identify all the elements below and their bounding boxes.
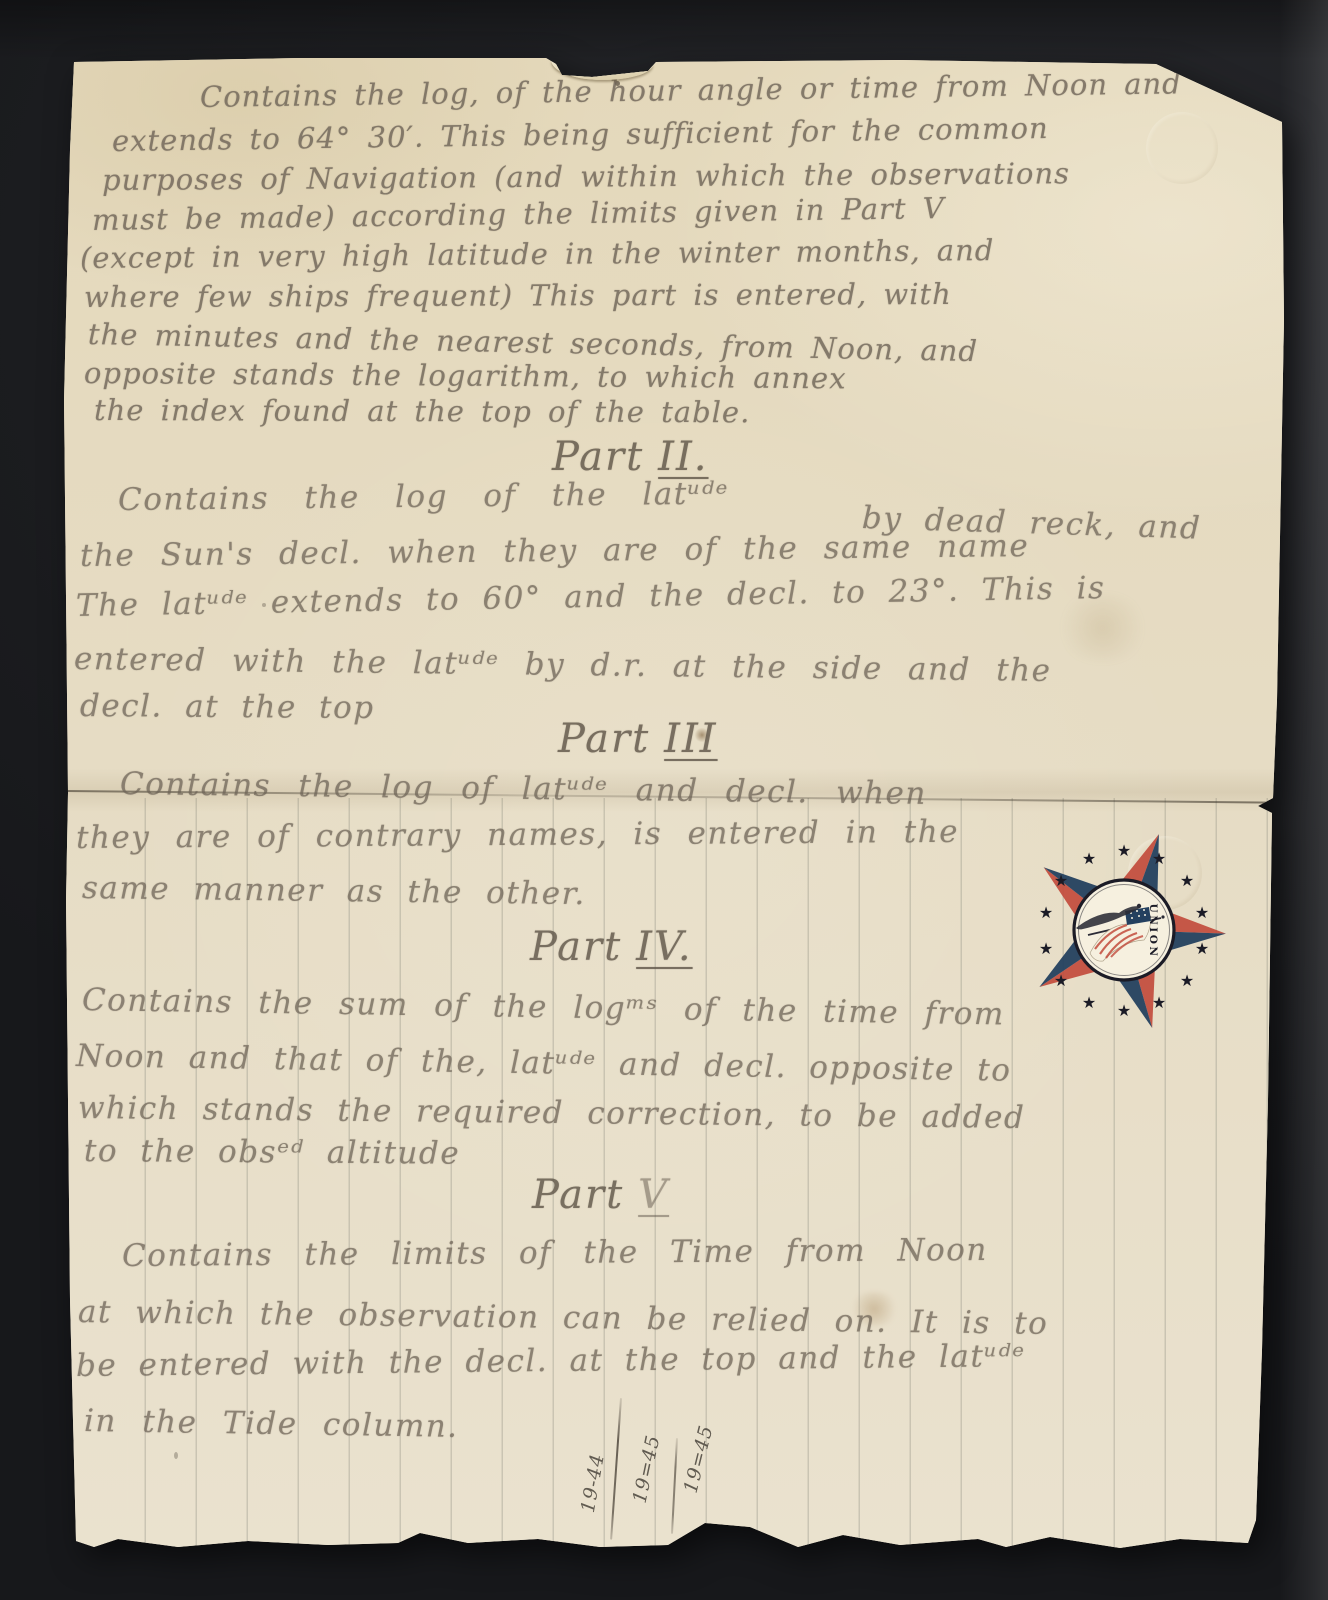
eagle-head	[1137, 904, 1141, 908]
part-heading: PartIV.	[530, 924, 693, 970]
part-word: Part	[558, 716, 650, 762]
part-heading: PartIII	[558, 716, 718, 762]
part-heading: PartV	[532, 1172, 669, 1218]
svg-text:★: ★	[1180, 971, 1194, 990]
speck	[174, 1452, 178, 1459]
svg-text:★: ★	[1152, 993, 1166, 1012]
part-numeral: II.	[658, 434, 708, 480]
handwritten-line: to the obsᵉᵈ altitude	[84, 1133, 460, 1172]
manuscript-page: Contains the log, of the hour angle or t…	[0, 0, 1328, 1600]
handwritten-line: Contains the limits of the Time from Noo…	[122, 1232, 988, 1274]
part-numeral: III	[664, 716, 717, 762]
handwritten-line: the Sun's decl. when they are of the sam…	[80, 528, 1030, 574]
svg-text:★: ★	[1117, 1001, 1131, 1020]
part-heading: PartII.	[552, 434, 709, 480]
handwritten-line: extends to 64° 30′. This being sufficien…	[112, 111, 1049, 158]
handwritten-line: the index found at the top of the table.	[94, 393, 750, 429]
part-numeral: IV.	[636, 924, 692, 970]
handwritten-line: Contains the log of the latᵘᵈᵉ	[118, 476, 729, 518]
handwritten-line: opposite stands the logarithm, to which …	[84, 356, 847, 395]
svg-text:★: ★	[1054, 971, 1068, 990]
part-word: Part	[532, 1172, 624, 1218]
svg-text:★: ★	[1039, 939, 1053, 958]
handwritten-line: they are of contrary names, is entered i…	[76, 814, 959, 856]
pole-finial	[1161, 915, 1164, 918]
handwritten-line: entered with the latᵘᵈᵉ by d.r. at the s…	[74, 641, 1052, 689]
handwritten-line: same manner as the other.	[82, 870, 586, 912]
svg-text:★: ★	[1117, 841, 1131, 860]
handwritten-line: where few ships frequent) This part is e…	[84, 277, 952, 314]
handwritten-line: in the Tide column.	[84, 1403, 459, 1445]
svg-text:★: ★	[1082, 993, 1096, 1012]
part-word: Part	[530, 924, 622, 970]
handwritten-line: The latᵘᵈᵉ extends to 60° and the decl. …	[76, 570, 1106, 624]
svg-text:★: ★	[1195, 939, 1209, 958]
photo-background: Contains the log, of the hour angle or t…	[0, 0, 1328, 1600]
handwritten-line: must be made) according the limits given…	[92, 191, 945, 237]
svg-text:★: ★	[1082, 849, 1096, 868]
handwritten-line: (except in very high latitude in the win…	[80, 233, 995, 275]
union-text: UNION	[1147, 904, 1159, 959]
union-star-stamp: ★★★ ★★★ ★★★ ★★★ ★★	[1018, 822, 1230, 1034]
handwritten-line: decl. at the top	[80, 688, 375, 726]
part-word: Part	[552, 434, 644, 480]
svg-text:★: ★	[1054, 871, 1068, 890]
svg-text:★: ★	[1195, 903, 1209, 922]
embossed-seal	[1146, 112, 1218, 184]
svg-text:★: ★	[1152, 849, 1166, 868]
handwritten-line: Contains the log, of the hour angle or t…	[200, 66, 1182, 114]
paper-wrap: Contains the log, of the hour angle or t…	[0, 0, 1328, 1600]
part-numeral: V	[638, 1172, 669, 1218]
svg-text:★: ★	[1039, 903, 1053, 922]
svg-text:★: ★	[1180, 871, 1194, 890]
